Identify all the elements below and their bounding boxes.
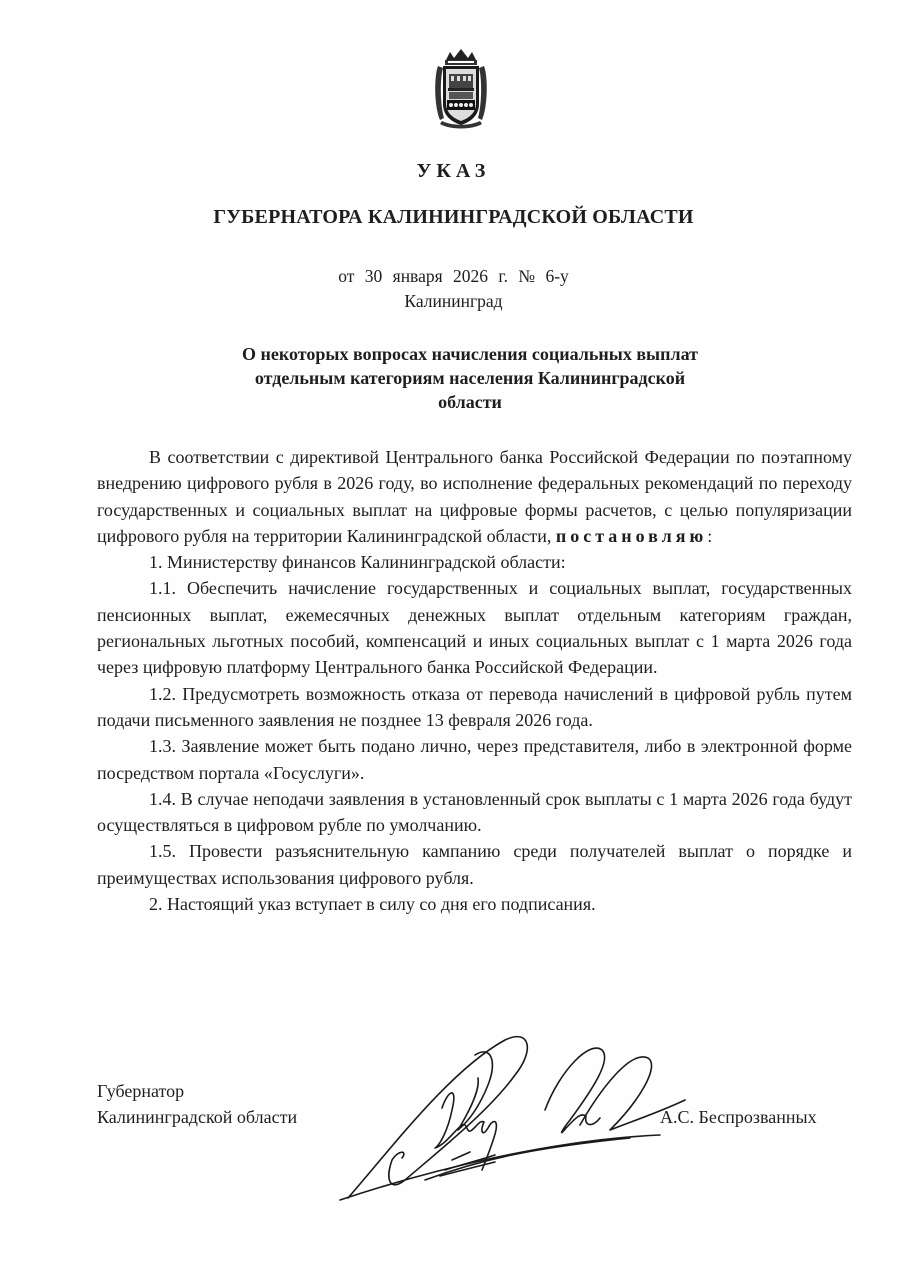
clause-number: 2. — [149, 894, 163, 914]
clause-1-2: 1.2. Предусмотреть возможность отказа от… — [97, 681, 852, 734]
clause-number: 1.3. — [149, 736, 176, 756]
clause-number: 1.5. — [149, 841, 176, 861]
preamble-paragraph: В соответствии с директивой Центрального… — [97, 444, 852, 549]
clause-number: 1.4. — [149, 789, 176, 809]
date-prefix: от — [338, 266, 354, 286]
subject-line: области — [200, 390, 740, 414]
document-city: Калининград — [0, 291, 907, 312]
clause-number: 1. — [149, 552, 163, 572]
document-subject: О некоторых вопросах начисления социальн… — [200, 342, 740, 414]
signatory-name: А.С. Беспрозванных — [660, 1104, 817, 1130]
resolve-word: постановляю — [556, 526, 707, 546]
position-line: Губернатор — [97, 1078, 297, 1104]
clause-text: Настоящий указ вступает в силу со дня ег… — [167, 894, 596, 914]
clause-text: В случае неподачи заявления в установлен… — [97, 789, 852, 835]
subject-line: О некоторых вопросах начисления социальн… — [200, 342, 740, 366]
document-type-title: УКАЗ — [0, 160, 907, 183]
clause-1: 1. Министерству финансов Калининградской… — [97, 549, 852, 575]
preamble-text: В соответствии с директивой Центрального… — [97, 447, 852, 546]
clause-text: Обеспечить начисление государственных и … — [97, 578, 852, 677]
clause-text: Министерству финансов Калининградской об… — [167, 552, 566, 572]
clause-1-4: 1.4. В случае неподачи заявления в устан… — [97, 786, 852, 839]
issuer-title: ГУБЕРНАТОРА КАЛИНИНГРАДСКОЙ ОБЛАСТИ — [0, 206, 907, 229]
clause-text: Заявление может быть подано лично, через… — [97, 736, 852, 782]
document-page: УКАЗ ГУБЕРНАТОРА КАЛИНИНГРАДСКОЙ ОБЛАСТИ… — [0, 0, 907, 1280]
document-number: 6-у — [545, 266, 568, 286]
clause-1-1: 1.1. Обеспечить начисление государственн… — [97, 575, 852, 680]
clause-1-3: 1.3. Заявление может быть подано лично, … — [97, 733, 852, 786]
clause-number: 1.2. — [149, 684, 176, 704]
subject-line: отдельным категориям населения Калинингр… — [200, 366, 740, 390]
clause-text: Предусмотреть возможность отказа от пере… — [97, 684, 852, 730]
number-label: № — [518, 266, 535, 286]
date-number-line: от 30 января 2026 г. № 6-у — [0, 266, 907, 287]
clause-1-5: 1.5. Провести разъяснительную кампанию с… — [97, 838, 852, 891]
clause-text: Провести разъяснительную кампанию среди … — [97, 841, 852, 887]
position-line: Калининградской области — [97, 1104, 297, 1130]
handwritten-signature-icon — [330, 1030, 700, 1210]
signatory-position: Губернатор Калининградской области — [97, 1078, 297, 1130]
document-body: В соответствии с директивой Центрального… — [97, 444, 852, 917]
resolve-suffix: : — [707, 526, 712, 546]
clause-2: 2. Настоящий указ вступает в силу со дня… — [97, 891, 852, 917]
coat-of-arms-icon — [432, 46, 490, 132]
document-date: 30 января 2026 г. — [365, 266, 508, 286]
clause-number: 1.1. — [149, 578, 176, 598]
